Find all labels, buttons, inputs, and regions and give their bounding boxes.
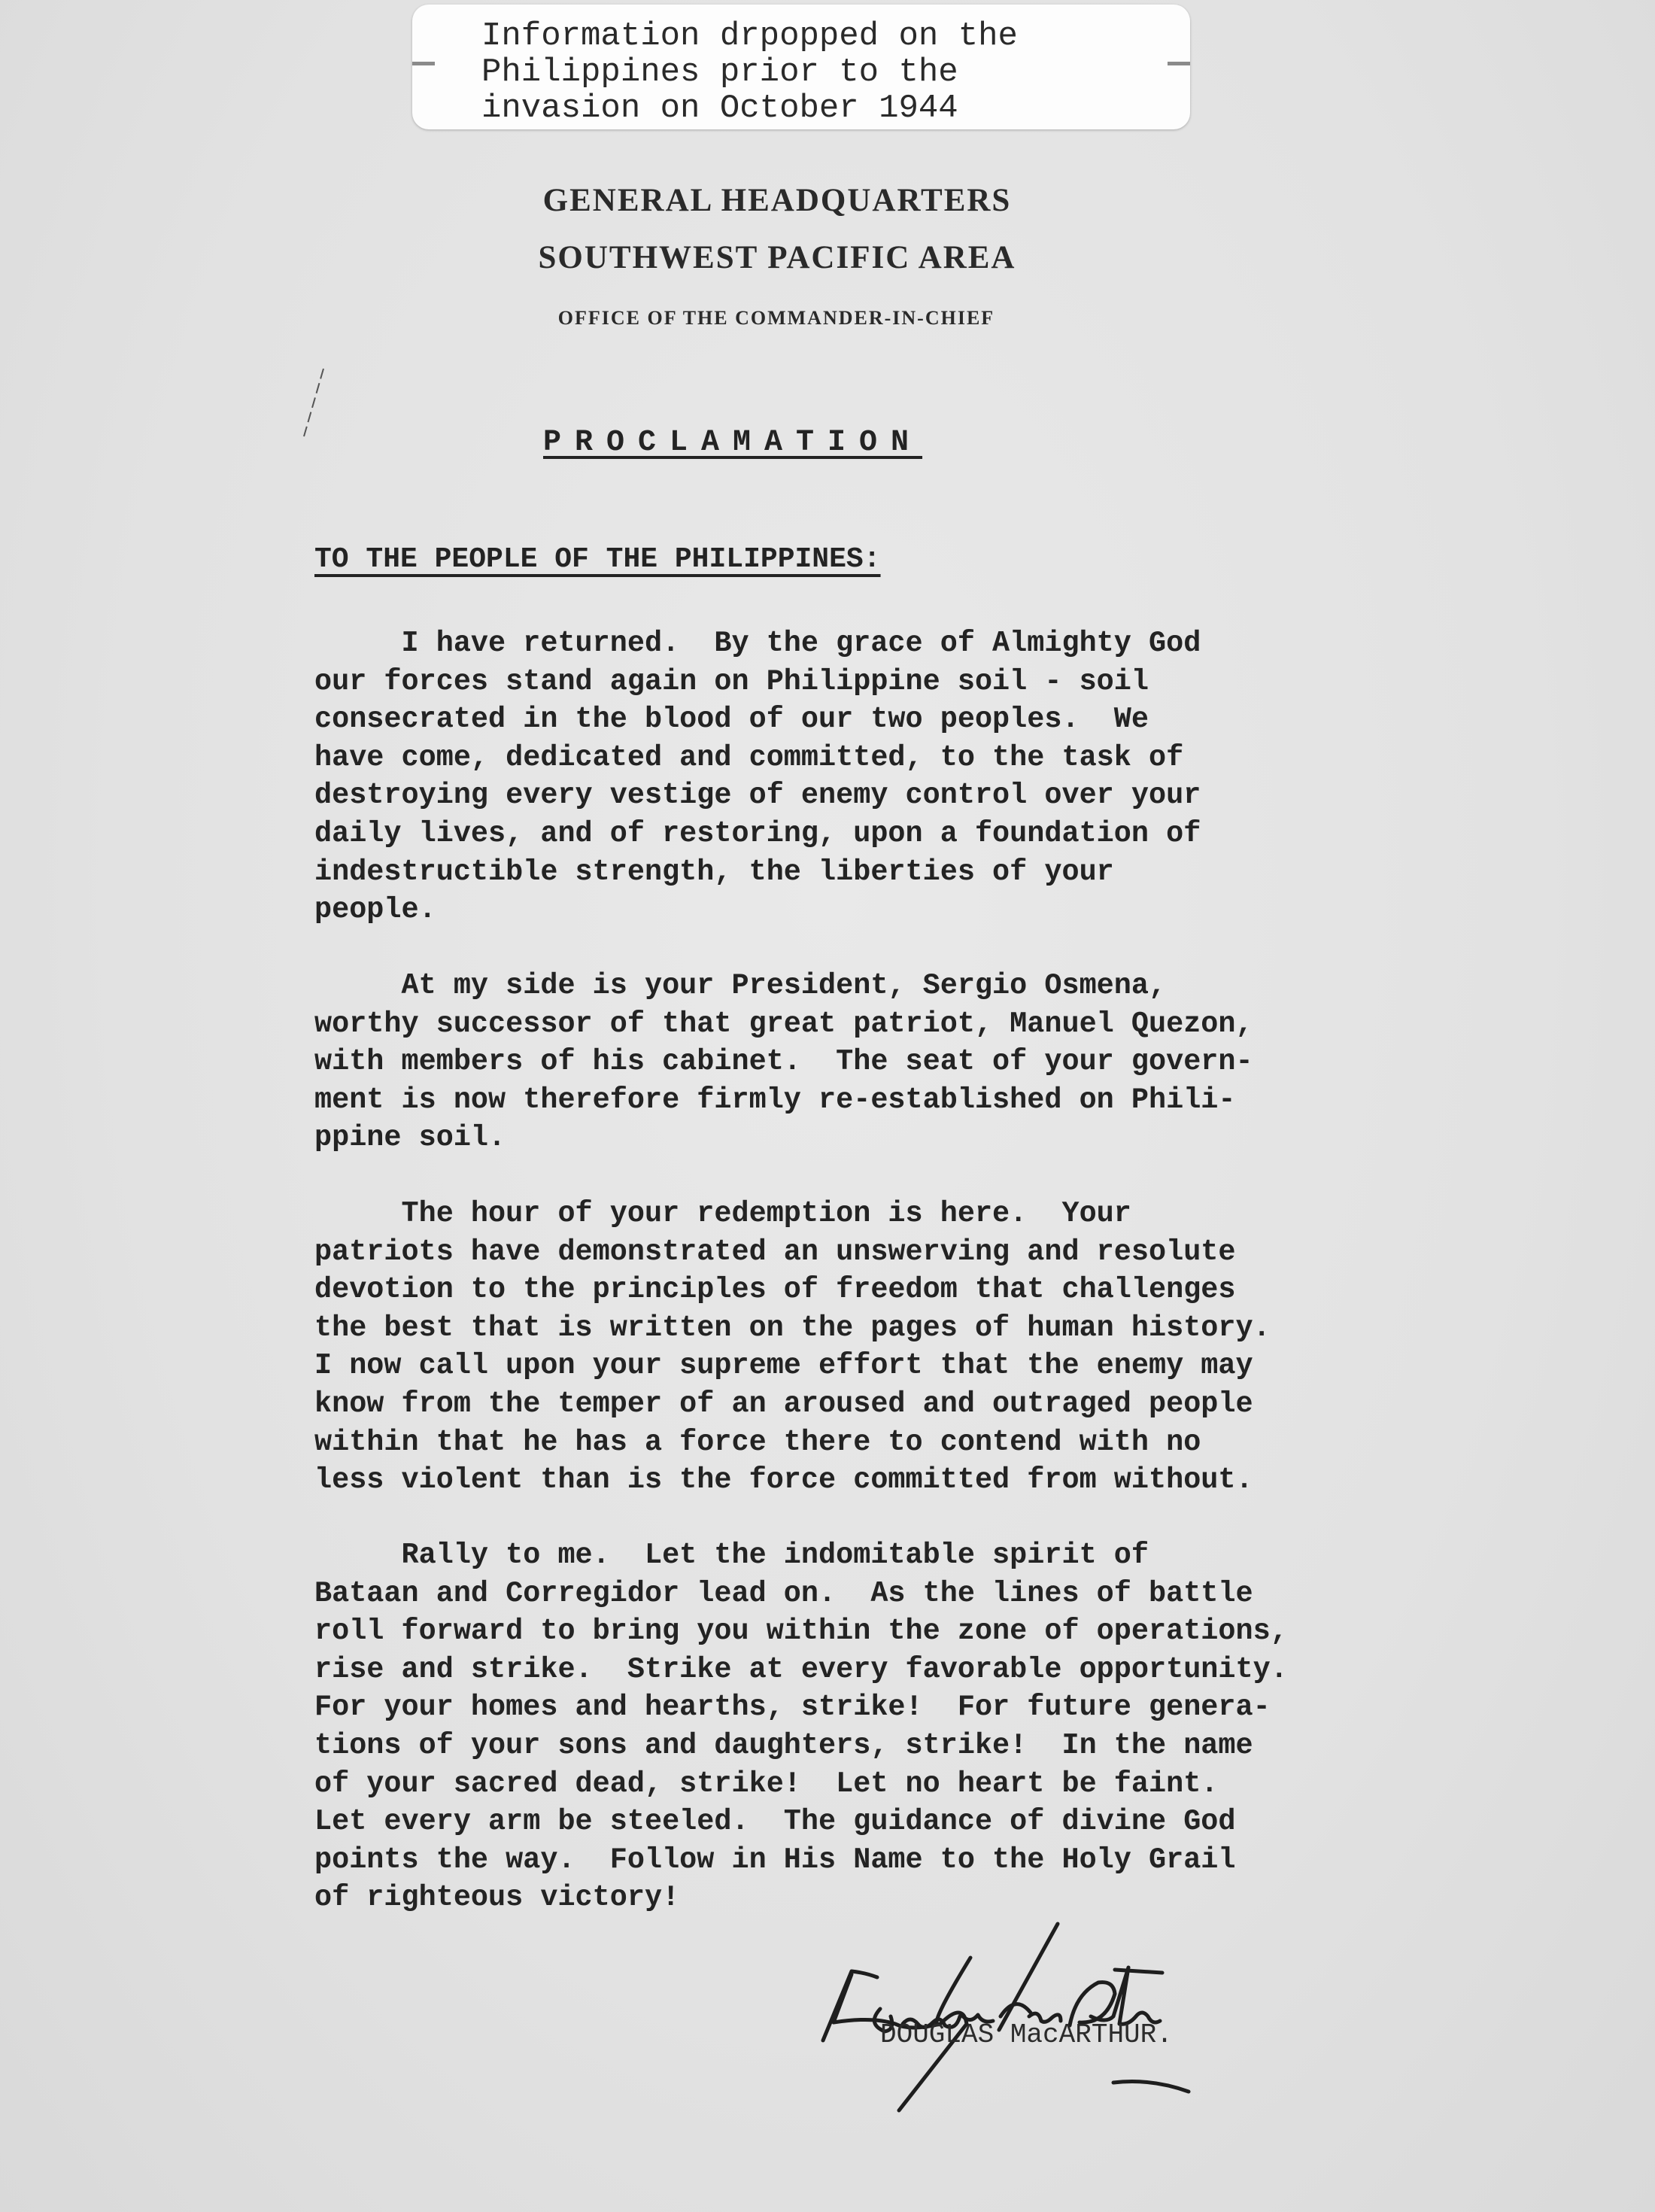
note-tick-left — [412, 62, 435, 65]
letterhead-line-1: GENERAL HEADQUARTERS — [0, 182, 1605, 219]
note-line-1: Information drpopped on the — [481, 17, 1018, 55]
letterhead-line-3: OFFICE OF THE COMMANDER-IN-CHIEF — [0, 307, 1604, 330]
paragraph-2: At my side is your President, Sergio Osm… — [314, 967, 1253, 1157]
typed-signature: DOUGLAS MacARTHUR. — [880, 2019, 1173, 2050]
note-line-2: Philippines prior to the — [481, 53, 958, 91]
document-title: PROCLAMATION — [543, 426, 922, 460]
note-tick-right — [1168, 62, 1190, 65]
letterhead-line-2: SOUTHWEST PACIFIC AREA — [0, 239, 1605, 276]
note-line-3: invasion on October 1944 — [481, 90, 958, 127]
paragraph-4: Rally to me. Let the indomitable spirit … — [314, 1536, 1288, 1917]
margin-pencil-mark-icon — [301, 361, 361, 451]
paragraph-1: I have returned. By the grace of Almight… — [314, 624, 1201, 929]
paragraph-3: The hour of your redemption is here. You… — [314, 1195, 1271, 1499]
salutation: TO THE PEOPLE OF THE PHILIPPINES: — [314, 543, 881, 576]
archival-note-label: Information drpopped on the Philippines … — [412, 5, 1190, 129]
archival-note-text: Information drpopped on the Philippines … — [481, 18, 1018, 126]
